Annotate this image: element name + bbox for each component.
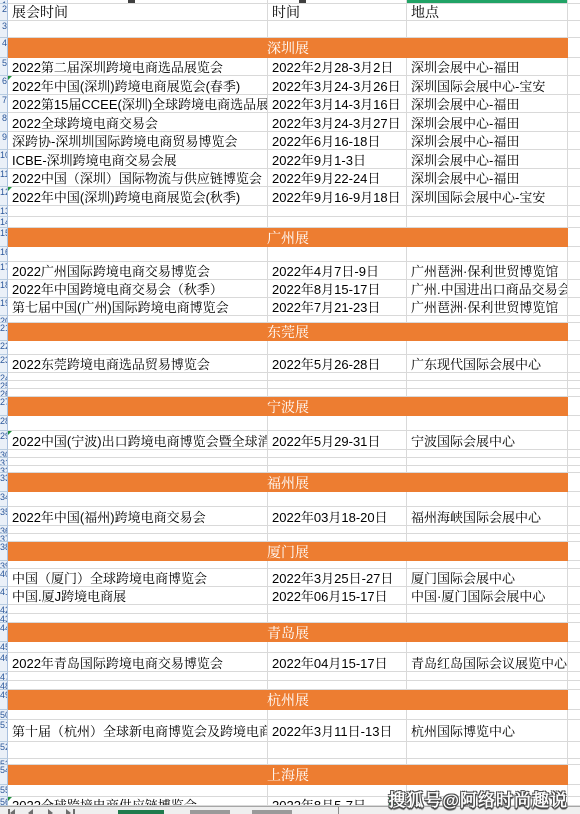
empty-row: 47 [0,672,580,681]
cell-exhibition[interactable]: 2022年中国跨境电商交易会（秋季） [8,280,268,298]
cell-venue[interactable]: 青岛红岛国际会议展览中心 [407,653,568,672]
cell-date[interactable]: 2022年5月29-31日 [268,431,407,450]
column-header-time[interactable]: 时间 [268,4,407,21]
cell-date[interactable]: 2022年3月11日-13日 [268,720,407,742]
cell[interactable] [8,0,268,4]
cell-exhibition[interactable]: 2022中国(宁波)出口跨境电商博览会暨全球消 [8,431,268,450]
section-title-xiamen[interactable]: 厦门展 [8,542,568,561]
empty-row: 25 [0,381,580,389]
empty-row: 3 [0,21,580,38]
empty-row: 50 [0,710,580,720]
empty-row: 16 [0,247,580,262]
section-band-row: 38厦门展 [0,542,580,561]
table-row: 112022中国（深圳）国际物流与供应链博览会2022年9月22-24日深圳会展… [0,169,580,187]
cell-exhibition[interactable]: 2022年中国(深圳)跨境电商展览会(春季) [8,76,268,95]
section-band-row: 54上海展 [0,765,580,785]
empty-row: 31 [0,458,580,466]
section-title-guangzhou[interactable]: 广州展 [8,228,568,247]
section-title-shanghai[interactable]: 上海展 [8,765,568,785]
cell-exhibition[interactable]: 中国.厦J跨境电商展 [8,587,268,605]
cell-exhibition[interactable]: 2022中国（深圳）国际物流与供应链博览会 [8,169,268,187]
cell-date[interactable]: 2022年8月15-17日 [268,280,407,298]
next-sheet-icon[interactable] [48,809,53,814]
table-row: 172022广州国际跨境电商交易博览会2022年4月7日-9日广州琶洲·保利世贸… [0,262,580,280]
table-row: 9深跨协-深圳圳国际跨境电商贸易博览会2022年6月16-18日深圳会展中心-福… [0,132,580,150]
cell-date[interactable]: 2022年03月18-20日 [268,507,407,526]
section-title-shenzhen[interactable]: 深圳展 [8,38,568,58]
cell-date[interactable]: 2022年04月15-17日 [268,653,407,672]
clipped-text-remnant [128,0,135,3]
spreadsheet-window: 1 2 展会时间 时间 地点 3 4 深圳展 52022第二届深圳跨境电商选品展… [0,0,580,814]
empty-row: 13 [0,206,580,217]
sheet-tab[interactable] [252,810,292,814]
cell-venue[interactable]: 深圳会展中心-福田 [407,113,568,132]
first-sheet-icon[interactable] [10,809,15,814]
table-row: 72022第15届CCEE(深圳)全球跨境电商选品展2022年3月14-3月16… [0,95,580,113]
empty-row: 34 [0,492,580,507]
cell-date[interactable]: 2022年3月24-3月26日 [268,76,407,95]
table-row: 41中国.厦J跨境电商展2022年06月15-17日中国·厦门国际会展中心 [0,587,580,605]
first-sheet-icon-bar [8,809,10,814]
section-band-row: 27宁波展 [0,397,580,416]
empty-row: 48 [0,681,580,690]
cell-exhibition[interactable]: 2022全球跨境电商供应链博览会 [8,797,268,806]
cell-date[interactable]: 2022年6月16-18日 [268,132,407,150]
cell-exhibition[interactable]: 第七届中国(广州)国际跨境电商博览会 [8,298,268,316]
cell-venue[interactable]: 中国·厦门国际会展中心 [407,587,568,605]
cell-date[interactable]: 2022年7月21-23日 [268,298,407,316]
cell-venue[interactable]: 杭州国际博览中心 [407,720,568,742]
cell-venue[interactable]: 厦门国际会展中心 [407,569,568,587]
cell[interactable] [268,0,407,4]
cell-date[interactable]: 2022年06月15-17日 [268,587,407,605]
cell-exhibition[interactable]: 2022年中国(深圳)跨境电商展览会(秋季) [8,187,268,206]
empty-row: 30 [0,450,580,458]
table-row: 51第十届（杭州）全球新电商博览会及跨境电商展2022年3月11日-13日杭州国… [0,720,580,742]
cell-venue[interactable]: 深圳国际会展中心-宝安 [407,187,568,206]
sheet-tab-active[interactable] [118,810,164,814]
section-title-ningbo[interactable]: 宁波展 [8,397,568,416]
cell-date[interactable]: 2022年9月16-9月18日 [268,187,407,206]
column-header-venue[interactable]: 地点 [407,4,568,21]
cell-date[interactable]: 2022年2月28-3月2日 [268,58,407,76]
cell-venue[interactable]: 深圳会展中心-福田 [407,132,568,150]
cell-venue[interactable]: 福州海峡国际会展中心 [407,507,568,526]
cell-exhibition[interactable]: 2022全球跨境电商交易会 [8,113,268,132]
cell-exhibition[interactable]: 2022广州国际跨境电商交易博览会 [8,262,268,280]
table-row: 52022第二届深圳跨境电商选品展览会2022年2月28-3月2日深圳会展中心-… [0,58,580,76]
clipped-text-remnant [299,0,306,3]
table-row: 19第七届中国(广州)国际跨境电商博览会2022年7月21-23日广州琶洲·保利… [0,298,580,316]
empty-row: 45 [0,642,580,653]
cell-date[interactable]: 2022年9月1-3日 [268,150,407,169]
cell-date[interactable]: 2022年8月5-7日 [268,797,407,806]
empty-row: 24 [0,373,580,381]
cell-exhibition[interactable]: ICBE-深圳跨境电商交易会展 [8,150,268,169]
cell-venue[interactable]: 深圳国际会展中心-宝安 [407,76,568,95]
error-flag-triangle [8,797,12,801]
cell-date[interactable]: 2022年9月22-24日 [268,169,407,187]
table-row: 82022全球跨境电商交易会2022年3月24-3月27日深圳会展中心-福田 [0,113,580,132]
section-title-hangzhou[interactable]: 杭州展 [8,690,568,710]
table-row: 62022年中国(深圳)跨境电商展览会(春季)2022年3月24-3月26日深圳… [0,76,580,95]
cell-exhibition[interactable]: 2022第15届CCEE(深圳)全球跨境电商选品展 [8,95,268,113]
empty-row: 28 [0,416,580,431]
cell-date[interactable]: 2022年5月26-28日 [268,355,407,373]
cell-date[interactable]: 2022年3月24-3月27日 [268,113,407,132]
table-row: 232022东莞跨境电商选品贸易博览会2022年5月26-28日广东现代国际会展… [0,355,580,373]
section-title-dongguan[interactable]: 东莞展 [8,323,568,341]
cell-venue[interactable]: 深圳会展中心-福田 [407,169,568,187]
table-row: 122022年中国(深圳)跨境电商展览会(秋季)2022年9月16-9月18日深… [0,187,580,206]
cell-exhibition[interactable]: 深跨协-深圳圳国际跨境电商贸易博览会 [8,132,268,150]
table-row: 10ICBE-深圳跨境电商交易会展2022年9月1-3日深圳会展中心-福田 [0,150,580,169]
cell-exhibition[interactable]: 第十届（杭州）全球新电商博览会及跨境电商展 [8,720,268,742]
section-title-qingdao[interactable]: 青岛展 [8,623,568,642]
empty-row: 39 [0,561,580,569]
header-row: 2 展会时间 时间 地点 [0,4,580,21]
section-band-row: 4 深圳展 [0,38,580,58]
cell-venue[interactable]: 深圳会展中心-福田 [407,95,568,113]
cell-venue[interactable]: 广州琶洲·保利世贸博览馆 [407,298,568,316]
watermark: 搜狐号@阿络时尚趣说 [388,786,568,811]
error-flag-triangle [8,76,12,80]
table-row: 40中国（厦门）全球跨境电商博览会2022年3月25日-27日厦门国际会展中心 [0,569,580,587]
cell-date[interactable]: 2022年4月7日-9日 [268,262,407,280]
cell-exhibition[interactable]: 中国（厦门）全球跨境电商博览会 [8,569,268,587]
cell-venue[interactable]: 宁波国际会展中心 [407,431,568,450]
error-flag-triangle [8,187,12,191]
section-title-fuzhou[interactable]: 福州展 [8,473,568,492]
table-row: 462022年青岛国际跨境电商交易博览会2022年04月15-17日青岛红岛国际… [0,653,580,672]
tab-scrollbar-divider [338,807,339,814]
section-band-row: 21东莞展 [0,323,580,341]
table-row: 292022中国(宁波)出口跨境电商博览会暨全球消2022年5月29-31日宁波… [0,431,580,450]
row-number[interactable]: 2 [0,4,8,21]
cell-venue[interactable]: 广东现代国际会展中心 [407,355,568,373]
previous-sheet-icon[interactable] [28,809,33,814]
last-sheet-icon[interactable] [66,809,71,814]
cell-venue[interactable]: 深圳会展中心-福田 [407,58,568,76]
cell-venue[interactable]: 广州.中国进出口商品交易会. [407,280,568,298]
table-row: 182022年中国跨境电商交易会（秋季）2022年8月15-17日广州.中国进出… [0,280,580,298]
empty-row: 36 [0,526,580,534]
column-header-exhibition[interactable]: 展会时间 [8,4,268,21]
empty-row: 42 [0,605,580,614]
cell-exhibition[interactable]: 2022年青岛国际跨境电商交易博览会 [8,653,268,672]
cell-exhibition[interactable]: 2022年中国(福州)跨境电商交易会 [8,507,268,526]
section-band-row: 15广州展 [0,228,580,247]
cell-date[interactable]: 2022年3月25日-27日 [268,569,407,587]
last-sheet-icon-bar [73,809,75,814]
error-flag-triangle [8,431,12,435]
section-band-row: 44青岛展 [0,623,580,642]
cell-exhibition[interactable]: 2022东莞跨境电商选品贸易博览会 [8,355,268,373]
sheet-tab[interactable] [190,810,230,814]
table-row: 352022年中国(福州)跨境电商交易会2022年03月18-20日福州海峡国际… [0,507,580,526]
section-band-row: 33福州展 [0,473,580,492]
cell-exhibition[interactable]: 2022第二届深圳跨境电商选品展览会 [8,58,268,76]
empty-row: 22 [0,341,580,355]
cell-venue[interactable]: 深圳会展中心-福田 [407,150,568,169]
section-band-row: 49杭州展 [0,690,580,710]
cell-date[interactable]: 2022年3月14-3月16日 [268,95,407,113]
cell-venue[interactable]: 广州琶洲·保利世贸博览馆 [407,262,568,280]
empty-row: 14 [0,217,580,228]
empty-row: 52 [0,742,580,759]
